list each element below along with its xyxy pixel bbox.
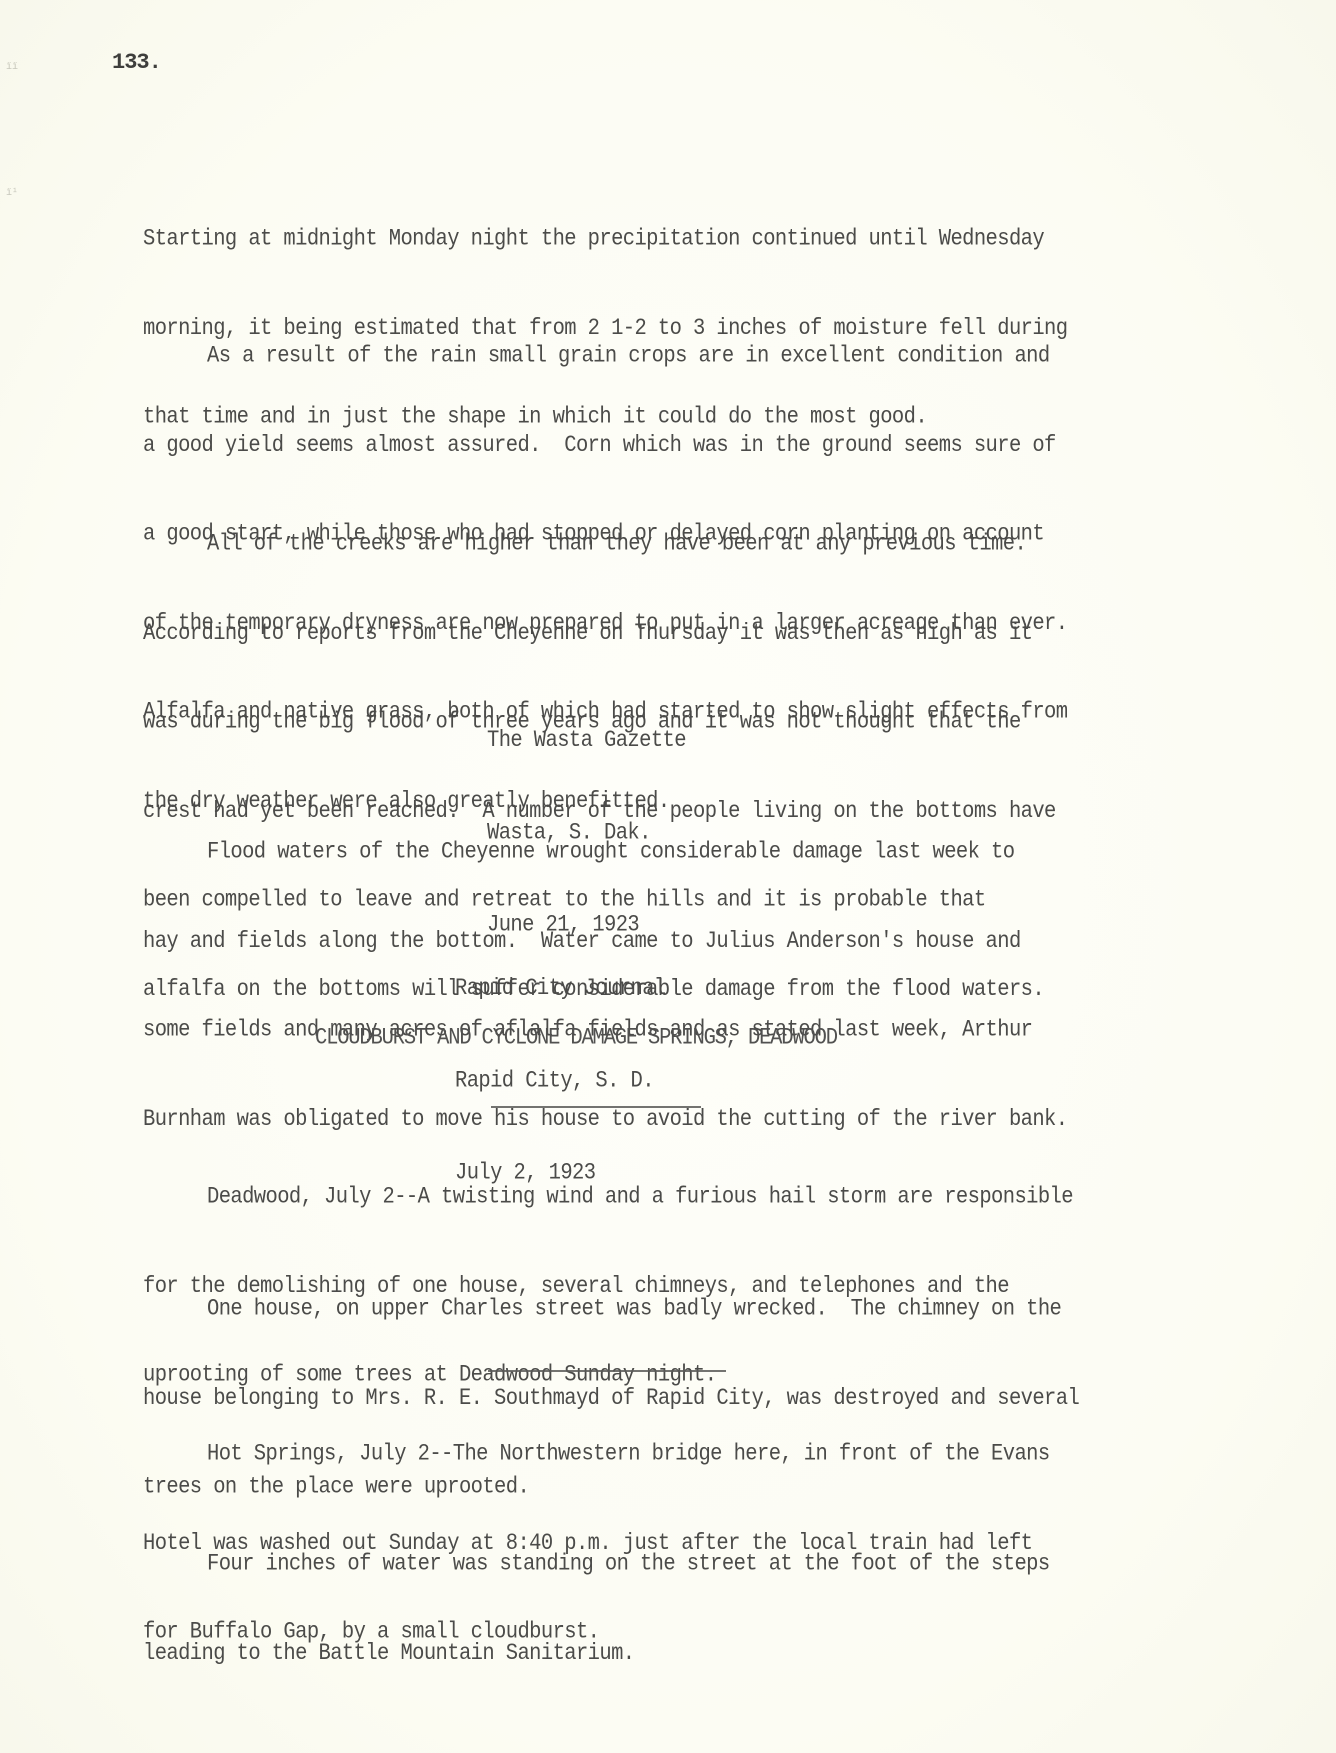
margin-mark: ï¹: [6, 188, 18, 199]
text-line: Starting at midnight Monday night the pr…: [143, 225, 1243, 255]
text-line: hay and fields along the bottom. Water c…: [143, 927, 1243, 957]
section-divider: [491, 1106, 701, 1108]
article-paragraph: Four inches of water was standing on the…: [143, 1491, 1243, 1728]
text-line: Hot Springs, July 2--The Northwestern br…: [143, 1440, 1243, 1470]
text-line: As a result of the rain small grain crop…: [143, 342, 1243, 372]
margin-mark: ïï: [6, 62, 18, 73]
text-line: a good yield seems almost assured. Corn …: [143, 431, 1243, 461]
headline: CLOUDBURST AND CYCLONE DAMAGE SPRINGS, D…: [315, 1025, 837, 1051]
newspaper-location: Rapid City, S. D.: [455, 1066, 666, 1097]
typed-document-page: 133. ïï ï¹ Starting at midnight Monday n…: [0, 0, 1336, 1753]
text-line: All of the creeks are higher than they h…: [143, 530, 1243, 560]
newspaper-name: Rapid City Journal: [455, 974, 666, 1005]
text-line: According to reports from the Cheyenne o…: [143, 619, 1243, 649]
newspaper-name: The Wasta Gazette: [487, 726, 686, 757]
text-line: Deadwood, July 2--A twisting wind and a …: [143, 1183, 1243, 1213]
text-line: Four inches of water was standing on the…: [143, 1550, 1243, 1580]
text-line: One house, on upper Charles street was b…: [143, 1295, 1243, 1325]
text-line: Flood waters of the Cheyenne wrought con…: [143, 838, 1243, 868]
page-number: 133.: [112, 50, 161, 75]
text-line: leading to the Battle Mountain Sanitariu…: [143, 1639, 1243, 1669]
section-divider: [488, 1370, 726, 1372]
text-line: was during the big flood of three years …: [143, 708, 1243, 738]
